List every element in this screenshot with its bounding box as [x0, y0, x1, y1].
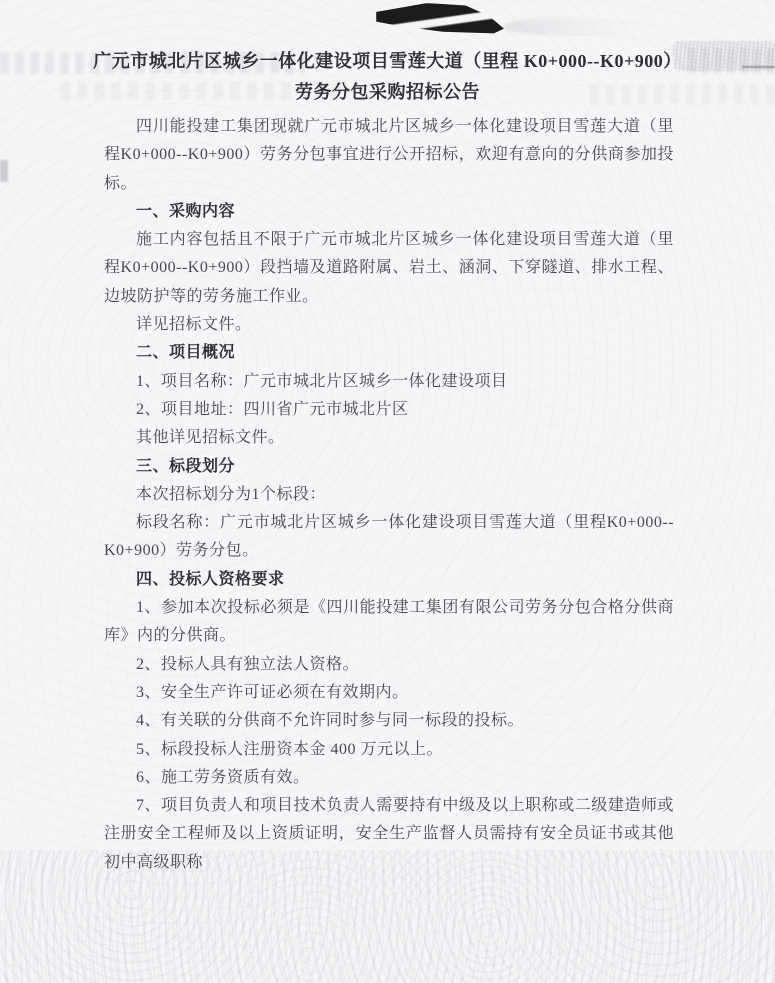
section-2-paragraph-2: 2、项目地址：四川省广元市城北片区: [104, 396, 674, 424]
section-3-paragraph-2: 标段名称：广元市城北片区城乡一体化建设项目雪莲大道（里程K0+000--K0+9…: [104, 509, 674, 566]
black-ink-smudge-artifact: [376, 3, 504, 35]
document-body: 四川能投建工集团现就广元市城北片区城乡一体化建设项目雪莲大道（里程K0+000-…: [104, 113, 674, 877]
section-1-paragraph-1: 施工内容包括且不限于广元市城北片区城乡一体化建设项目雪莲大道（里程K0+000-…: [104, 226, 674, 311]
section-2-paragraph-3: 其他详见招标文件。: [104, 424, 674, 452]
section-4-requirement-4: 4、有关联的分供商不允许同时参与同一标段的投标。: [104, 707, 674, 735]
section-4-requirement-3: 3、安全生产许可证必须在有效期内。: [104, 679, 674, 707]
ink-trail-artifact: [505, 18, 650, 36]
section-4-requirement-6: 6、施工劳务资质有效。: [104, 764, 674, 792]
section-4-heading: 四、投标人资格要求: [104, 566, 674, 594]
title-line-2: 劳务分包采购招标公告: [0, 77, 775, 108]
scanned-document-page: 广元市城北片区城乡一体化建设项目雪莲大道（里程 K0+000--K0+900） …: [0, 0, 775, 983]
section-1-paragraph-2: 详见招标文件。: [104, 311, 674, 339]
intro-paragraph: 四川能投建工集团现就广元市城北片区城乡一体化建设项目雪莲大道（里程K0+000-…: [104, 113, 674, 198]
title-line-1: 广元市城北片区城乡一体化建设项目雪莲大道（里程 K0+000--K0+900）: [0, 46, 775, 77]
section-4-requirement-5: 5、标段投标人注册资本金 400 万元以上。: [104, 736, 674, 764]
section-3-paragraph-1: 本次招标划分为1个标段：: [104, 481, 674, 509]
document-title: 广元市城北片区城乡一体化建设项目雪莲大道（里程 K0+000--K0+900） …: [0, 46, 775, 108]
section-4-requirement-2: 2、投标人具有独立法人资格。: [104, 651, 674, 679]
section-2-paragraph-1: 1、项目名称：广元市城北片区城乡一体化建设项目: [104, 368, 674, 396]
section-4-requirement-1: 1、参加本次投标必须是《四川能投建工集团有限公司劳务分包合格分供商库》内的分供商…: [104, 594, 674, 651]
section-3-heading: 三、标段划分: [104, 453, 674, 481]
section-4-requirement-7: 7、项目负责人和项目技术负责人需要持有中级及以上职称或二级建造师或注册安全工程师…: [104, 792, 674, 877]
section-1-heading: 一、采购内容: [104, 198, 674, 226]
left-edge-scan-mark-artifact: [0, 160, 8, 182]
smudge-white-slash: [371, 9, 509, 36]
section-2-heading: 二、项目概况: [104, 339, 674, 367]
